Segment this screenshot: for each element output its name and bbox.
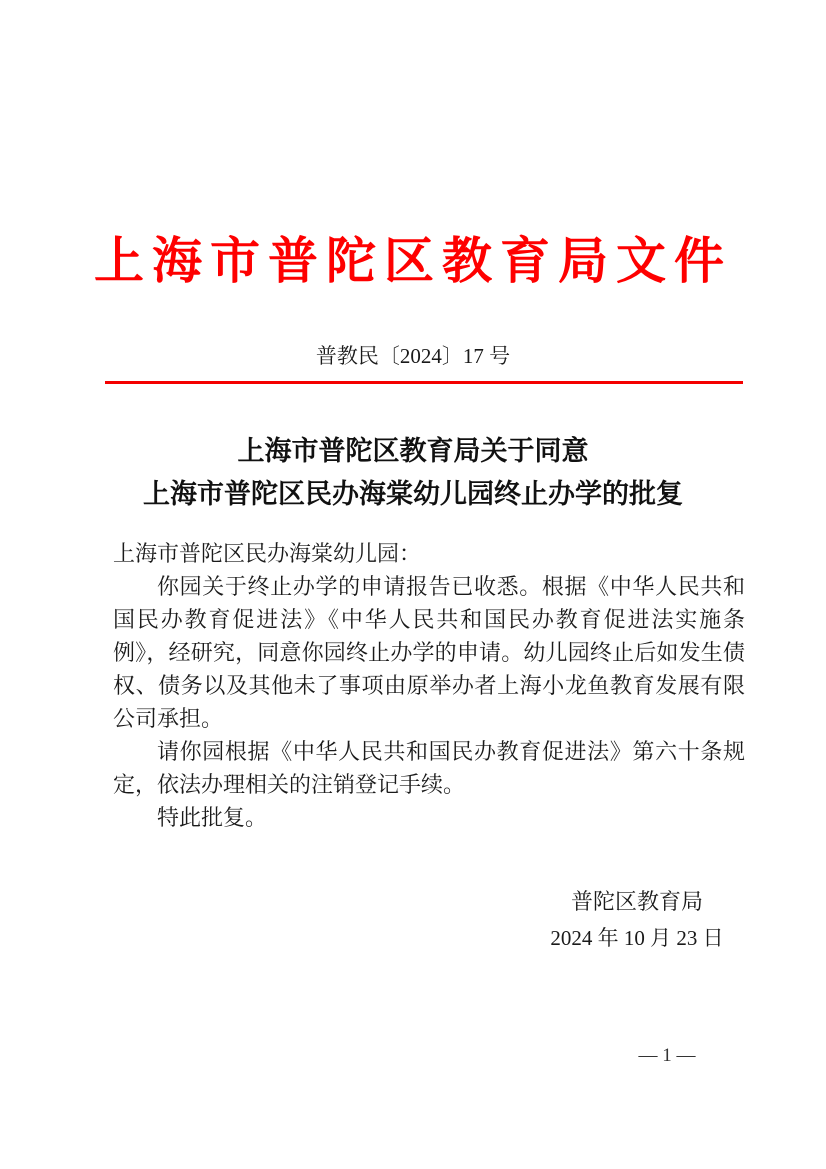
- document-reference-number: 普教民〔2024〕17 号: [0, 344, 826, 368]
- red-divider-rule: [105, 381, 743, 384]
- page-number: — 1 —: [597, 1044, 737, 1068]
- signature-block: 普陀区教育局 2024 年 10 月 23 日: [477, 884, 797, 956]
- body-paragraph-2: 请你园根据《中华人民共和国民办教育促进法》第六十条规定，依法办理相关的注销登记手…: [113, 735, 745, 801]
- document-title-line-2: 上海市普陀区民办海棠幼儿园终止办学的批复: [60, 473, 766, 516]
- document-title-line-1: 上海市普陀区教育局关于同意: [60, 430, 766, 473]
- body-paragraph-3: 特此批复。: [113, 801, 745, 834]
- salutation: 上海市普陀区民办海棠幼儿园：: [113, 537, 745, 570]
- issue-date: 2024 年 10 月 23 日: [477, 920, 797, 956]
- letterhead-title: 上海市普陀区教育局文件: [0, 231, 826, 291]
- issuing-agency: 普陀区教育局: [477, 884, 797, 920]
- body-paragraph-1: 你园关于终止办学的申请报告已收悉。根据《中华人民共和国民办教育促进法》《中华人民…: [113, 570, 745, 735]
- document-page: 上海市普陀区教育局文件 普教民〔2024〕17 号 上海市普陀区教育局关于同意 …: [0, 0, 826, 1169]
- document-title: 上海市普陀区教育局关于同意 上海市普陀区民办海棠幼儿园终止办学的批复: [60, 430, 766, 516]
- document-body: 上海市普陀区民办海棠幼儿园： 你园关于终止办学的申请报告已收悉。根据《中华人民共…: [113, 537, 745, 834]
